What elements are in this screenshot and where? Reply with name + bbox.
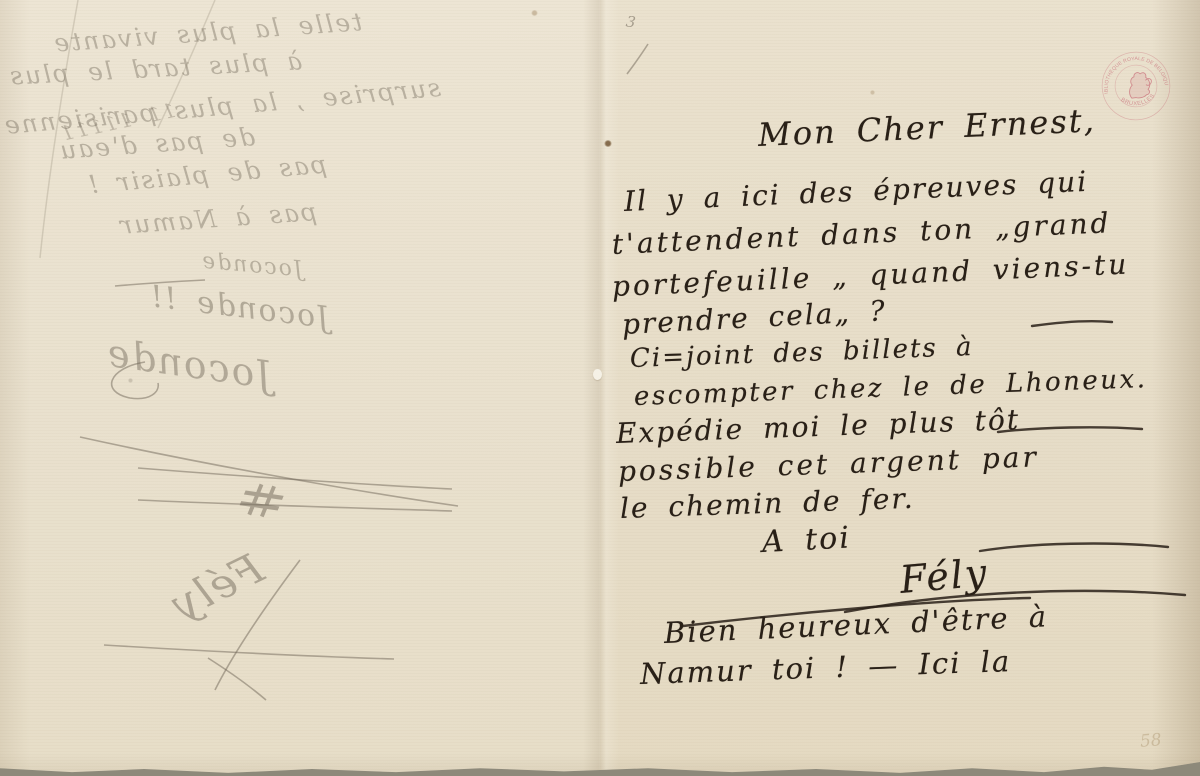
letter-scan: telle la plus vivante à plus tard le plu… xyxy=(0,0,1200,776)
letter-salutation: Mon Cher Ernest, xyxy=(757,101,1096,154)
bleedthrough-word-joconde: Joconde xyxy=(199,249,304,283)
bleedthrough-hash-mark: # xyxy=(226,470,299,535)
folio-number: 3 xyxy=(625,12,637,31)
letter-postscript-line: Namur toi ! — Ici la xyxy=(639,644,1011,691)
paper-chip xyxy=(593,369,602,380)
corner-number: 58 xyxy=(1139,730,1162,752)
letter-line: le chemin de fer. xyxy=(619,482,915,525)
library-stamp: BIBLIOTHÈQUE ROYALE DE BELGIQUE BRUXELLE… xyxy=(1095,45,1176,126)
bleedthrough-word-joconde: Joconde xyxy=(103,331,275,398)
letter-closing: A toi xyxy=(761,520,852,560)
letter-postscript-line: Bien heureux d'être à xyxy=(663,599,1048,650)
letter-paper: telle la plus vivante à plus tard le plu… xyxy=(0,0,1200,776)
letter-signature: Fély xyxy=(898,550,990,602)
bleedthrough-word-joconde: Joconde !! xyxy=(147,279,332,336)
bleedthrough-line: pas à Namur xyxy=(117,197,318,240)
bleedthrough-signature: Fély xyxy=(162,543,271,630)
foxing-spot xyxy=(870,90,875,95)
letter-line: escompter chez le de Lhoneux. xyxy=(633,364,1147,412)
foxing-spot xyxy=(531,10,538,16)
letter-line: Ci=joint des billets à xyxy=(629,332,973,374)
letter-line: prendre cela„ ? xyxy=(621,294,887,341)
foxing-spot xyxy=(128,378,133,383)
belgian-lion-icon xyxy=(1127,71,1153,99)
foxing-spot xyxy=(604,140,612,147)
bleedthrough-line: à plus tard le plus xyxy=(7,46,302,90)
